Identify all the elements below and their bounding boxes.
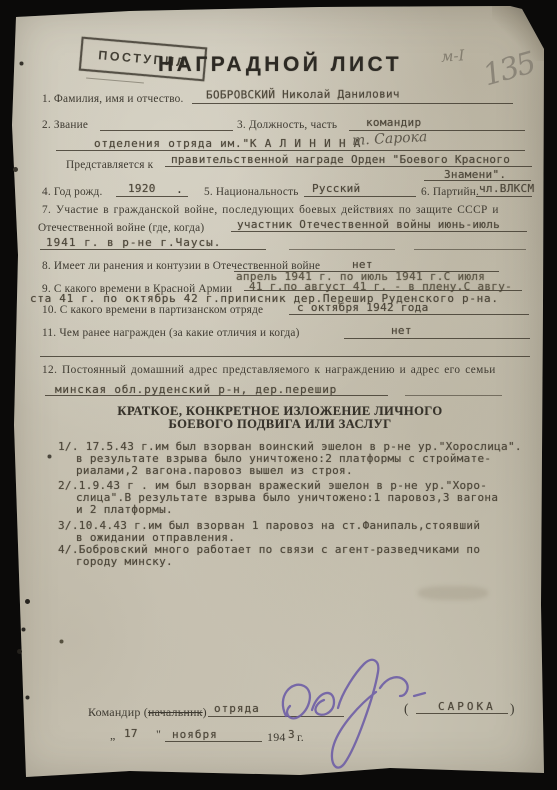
signature-name: САРОКА xyxy=(438,700,496,713)
field-4-label: 4. Год рожд. xyxy=(42,186,103,198)
feat-item-line: городу минску. xyxy=(76,555,173,568)
field-underline xyxy=(116,196,188,197)
field-underline xyxy=(40,249,266,250)
field-7-label-line2: Отечественной войне (где, когда) xyxy=(38,222,204,234)
date-year-suffix: г. xyxy=(297,730,304,745)
field-underline xyxy=(344,338,530,339)
paren-open: ( xyxy=(404,701,409,717)
field-underline xyxy=(476,196,532,197)
field-11-value: нет xyxy=(391,324,412,337)
summary-heading-line2: БОЕВОГО ПОДВИГА ИЛИ ЗАСЛУГ xyxy=(60,417,500,432)
field-4-dot: . xyxy=(178,184,181,196)
field-underline xyxy=(165,166,532,167)
field-underline xyxy=(165,741,262,742)
field-10-value: с октября 1942 года xyxy=(297,301,429,314)
field-underline xyxy=(40,356,530,357)
commander-unit-value: отряда xyxy=(214,702,260,715)
field-underline xyxy=(100,130,233,131)
field-underline xyxy=(56,150,525,151)
date-year-printed: 194 xyxy=(267,730,286,745)
document-title: НАГРАДНОЙ ЛИСТ xyxy=(158,53,400,77)
date-day: 17 xyxy=(124,727,138,740)
field-underline xyxy=(416,713,508,714)
date-quote-open: „ xyxy=(110,728,116,743)
presented-value-line1: правительственной награде Орден "Боевого… xyxy=(171,153,510,166)
commander-label: Командир (начальник) xyxy=(88,705,207,720)
field-underline xyxy=(231,231,527,232)
field-1-value: БОБРОВСКИЙ Николай Данилович xyxy=(206,87,400,101)
field-underline xyxy=(424,180,531,181)
paper-specks xyxy=(0,0,3,3)
field-7-value-line1: участник Отечественной войны июнь-июль xyxy=(237,218,500,231)
pencil-mark: м-I xyxy=(440,46,465,66)
field-underline xyxy=(405,395,502,396)
field-underline xyxy=(289,249,395,250)
field-underline xyxy=(192,103,513,104)
field-3-value: командир xyxy=(366,116,421,129)
field-3-label: 3. Должность, часть xyxy=(237,119,337,131)
field-underline xyxy=(304,196,416,197)
date-month: ноября xyxy=(172,728,218,741)
field-11-label: 11. Чем ранее награжден (за какие отличи… xyxy=(42,327,300,339)
feat-item-line: риалами,2 вагона.паровоз вышел из строя. xyxy=(76,464,353,477)
field-7-label-line1: 7. Участие в гражданской войне, последую… xyxy=(42,204,499,216)
date-year-typed: 3 xyxy=(288,728,295,741)
field-5-value: Русский xyxy=(312,182,360,195)
scanned-award-sheet: ПОСТУПИЛ НАГРАДНОЙ ЛИСТ м-I 135 1. Фамил… xyxy=(0,0,557,790)
field-underline xyxy=(45,395,388,396)
date-quote-close: " xyxy=(156,727,161,742)
field-7-value-line2: 1941 г. в р-не г.Чаусы. xyxy=(46,236,221,249)
commander-label-suffix: ) xyxy=(203,705,207,719)
field-5-label: 5. Национальность xyxy=(204,186,299,198)
field-12-label: 12. Постоянный домашний адрес представля… xyxy=(42,364,496,376)
field-underline xyxy=(289,314,529,315)
feat-item-line: и 2 платформы. xyxy=(76,503,173,516)
field-4-value: 1920 xyxy=(128,182,156,195)
commander-label-prefix: Командир ( xyxy=(88,705,148,719)
presented-label: Представляется к xyxy=(66,159,153,171)
field-underline xyxy=(414,249,526,250)
field-6-label: 6. Партийн. xyxy=(421,186,479,198)
commander-label-struck: начальник xyxy=(148,705,203,719)
faint-smudge xyxy=(418,586,488,600)
field-3-value-line2: отделения отряда им."К А Л И Н И Н А xyxy=(94,137,361,150)
field-10-label: 10. С какого времени в партизанском отря… xyxy=(42,304,263,316)
field-6-value: чл.ВЛКСМ xyxy=(479,182,534,195)
field-2-label: 2. Звание xyxy=(42,119,88,131)
paren-close: ) xyxy=(510,701,515,717)
field-1-label: 1. Фамилия, имя и отчество. xyxy=(42,93,184,105)
field-underline xyxy=(244,290,522,291)
